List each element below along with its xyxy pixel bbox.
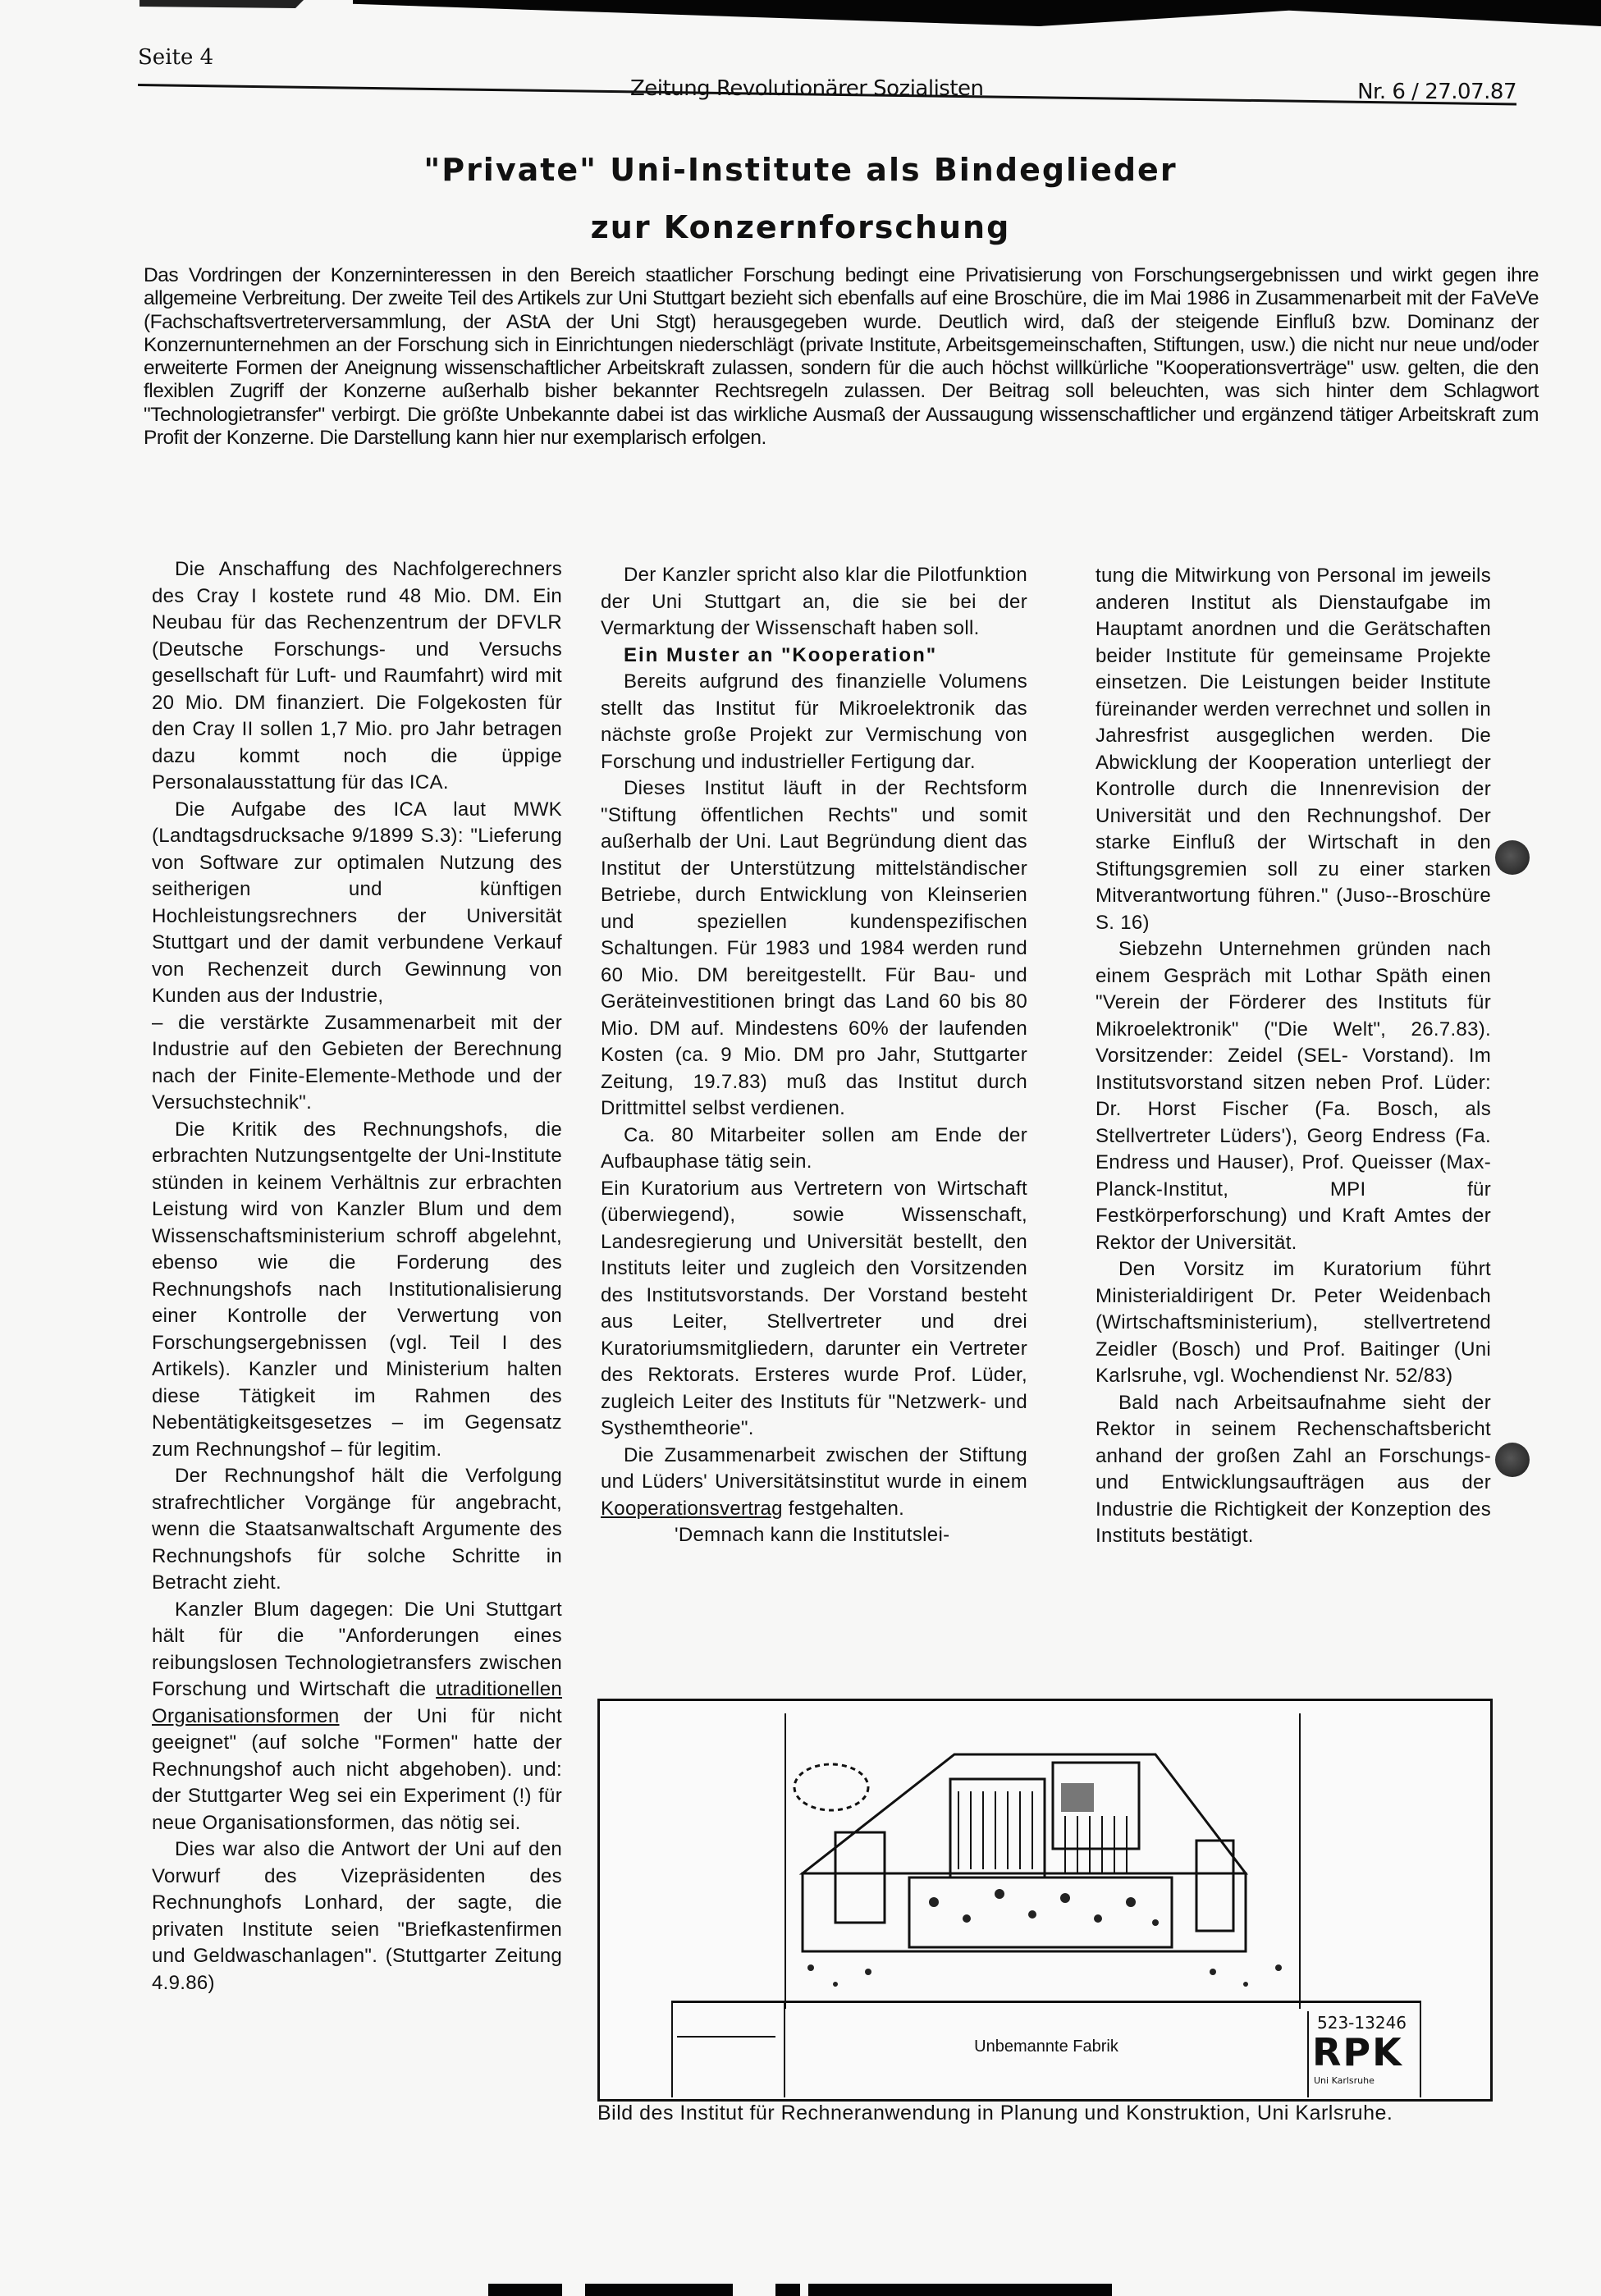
rpk-logo: RPK [1312,2033,1403,2072]
column-right: tung die Mitwirkung von Personal im jewe… [1096,563,1491,1550]
text-span: Die Zusammenarbeit zwischen der Stiftung… [601,1444,1027,1493]
underlined-text: Kooperationsvertrag [601,1498,783,1520]
page-number: Seite 4 [138,45,213,70]
paragraph: Die Anschaffung des Nachfolgerechners de… [152,556,562,797]
text-span: festgehalten. [783,1498,904,1520]
logo-subtitle: Uni Karlsruhe [1314,2075,1375,2086]
paragraph: Dieses Institut läuft in der Rechtsform … [601,775,1027,1123]
punch-hole [1495,840,1530,875]
column-left: Die Anschaffung des Nachfolgerechners de… [152,556,562,1996]
scan-edge-artifact [488,2284,1112,2296]
title-block-stamp: 523-13246 RPK Uni Karlsruhe [1307,2011,1420,2097]
article-subtitle: zur Konzernforschung [0,209,1601,245]
paragraph: Die Kritik des Rechnungshofs, die erbrac… [152,1117,562,1464]
paragraph: Den Vorsitz im Kuratorium führt Minister… [1096,1256,1491,1390]
drawing-title-block: Unbemannte Fabrik 523-13246 RPK Uni Karl… [671,2001,1421,2097]
column-middle: Der Kanzler spricht also klar die Pilotf… [601,562,1027,1549]
paragraph: Ein Kuratorium aus Vertretern von Wirtsc… [601,1176,1027,1443]
article-lede: Das Vordringen der Konzerninteressen in … [144,264,1539,450]
paragraph: Bereits aufgrund des finanzielle Volumen… [601,669,1027,775]
paragraph: Bald nach Arbeitsaufnahme sieht der Rekt… [1096,1390,1491,1550]
paragraph: Der Rechnungshof hält die Verfolgung str… [152,1463,562,1597]
scan-edge-artifact [353,0,1601,26]
paragraph: Kanzler Blum dagegen: Die Uni Stuttgart … [152,1597,562,1837]
scan-edge-artifact [140,0,304,8]
drawing-label: Unbemannte Fabrik [784,2038,1309,2056]
article-title: "Private" Uni-Institute als Bindeglieder [0,152,1601,188]
paragraph: Siebzehn Unternehmen gründen nach einem … [1096,936,1491,1256]
punch-hole [1495,1443,1530,1477]
paragraph: – die verstärkte Zusammenarbeit mit der … [152,1010,562,1117]
factory-building-icon [786,1713,1299,2009]
factory-drawing [784,1713,1301,2009]
paragraph: tung die Mitwirkung von Personal im jewe… [1096,563,1491,936]
paragraph: Dies war also die Antwort der Uni auf de… [152,1836,562,1996]
section-heading: Ein Muster an "Kooperation" [601,643,1027,670]
figure-caption: Bild des Institut für Rechneranwendung i… [597,2101,1492,2125]
paragraph: Der Kanzler spricht also klar die Pilotf… [601,562,1027,643]
paragraph: Die Zusammenarbeit zwischen der Stiftung… [601,1443,1027,1523]
paragraph: Ca. 80 Mitarbeiter sollen am Ende der Au… [601,1123,1027,1176]
figure-illustration: Unbemannte Fabrik 523-13246 RPK Uni Karl… [597,1699,1493,2102]
paragraph: 'Demnach kann die Institutslei- [601,1522,1027,1549]
paragraph: Die Aufgabe des ICA laut MWK (Landtagsdr… [152,797,562,1010]
title-block-cell [673,2003,785,2097]
